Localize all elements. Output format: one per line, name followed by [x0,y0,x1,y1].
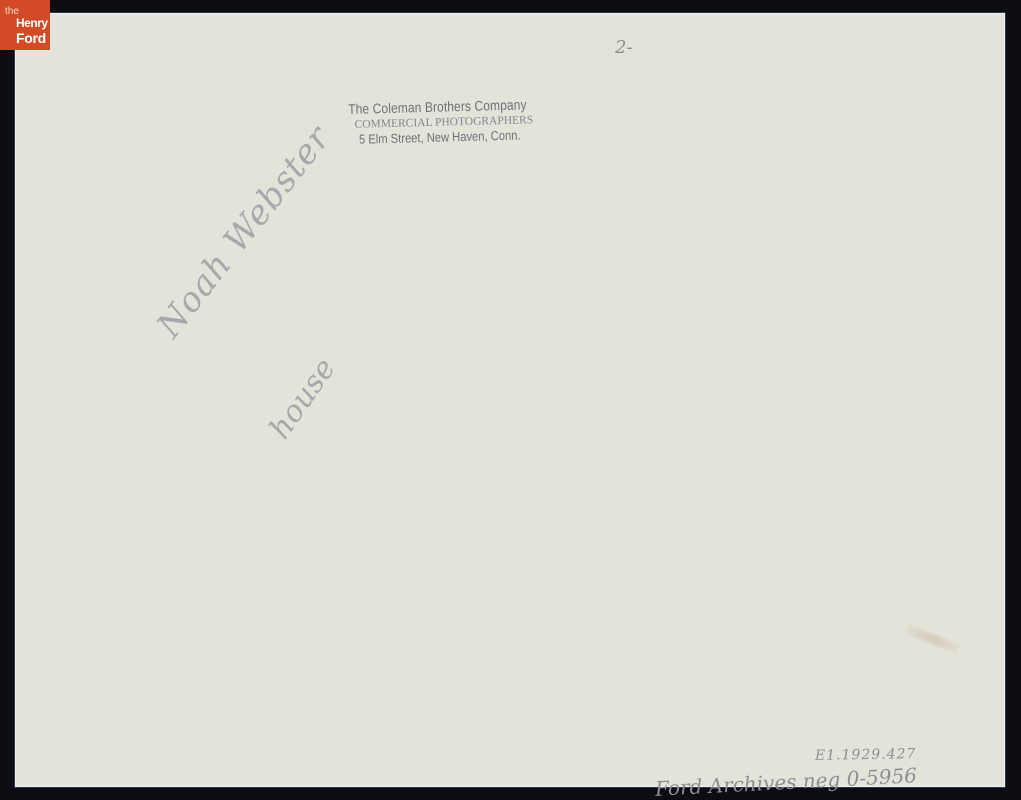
handwritten-caption-line1: Noah Webster [149,118,339,345]
paper-stain [905,623,960,655]
logo-henry: Henry [16,16,48,30]
page-mark: 2- [615,37,633,58]
henry-ford-logo: the Henry Ford [0,0,50,50]
stamp-address: 5 Elm Street, New Haven, Conn. [359,127,529,146]
stamp-company: The Coleman Brothers Company [348,96,527,117]
handwritten-caption-line2: house [263,352,343,446]
accession-number: E1.1929.427 [815,746,917,764]
logo-ford: Ford [16,30,46,46]
archives-note: Ford Archives neg 0-5956 [655,763,918,800]
photographer-stamp: The Coleman Brothers Company COMMERCIAL … [348,96,557,147]
photo-verso-paper: 2- The Coleman Brothers Company COMMERCI… [15,13,1005,787]
